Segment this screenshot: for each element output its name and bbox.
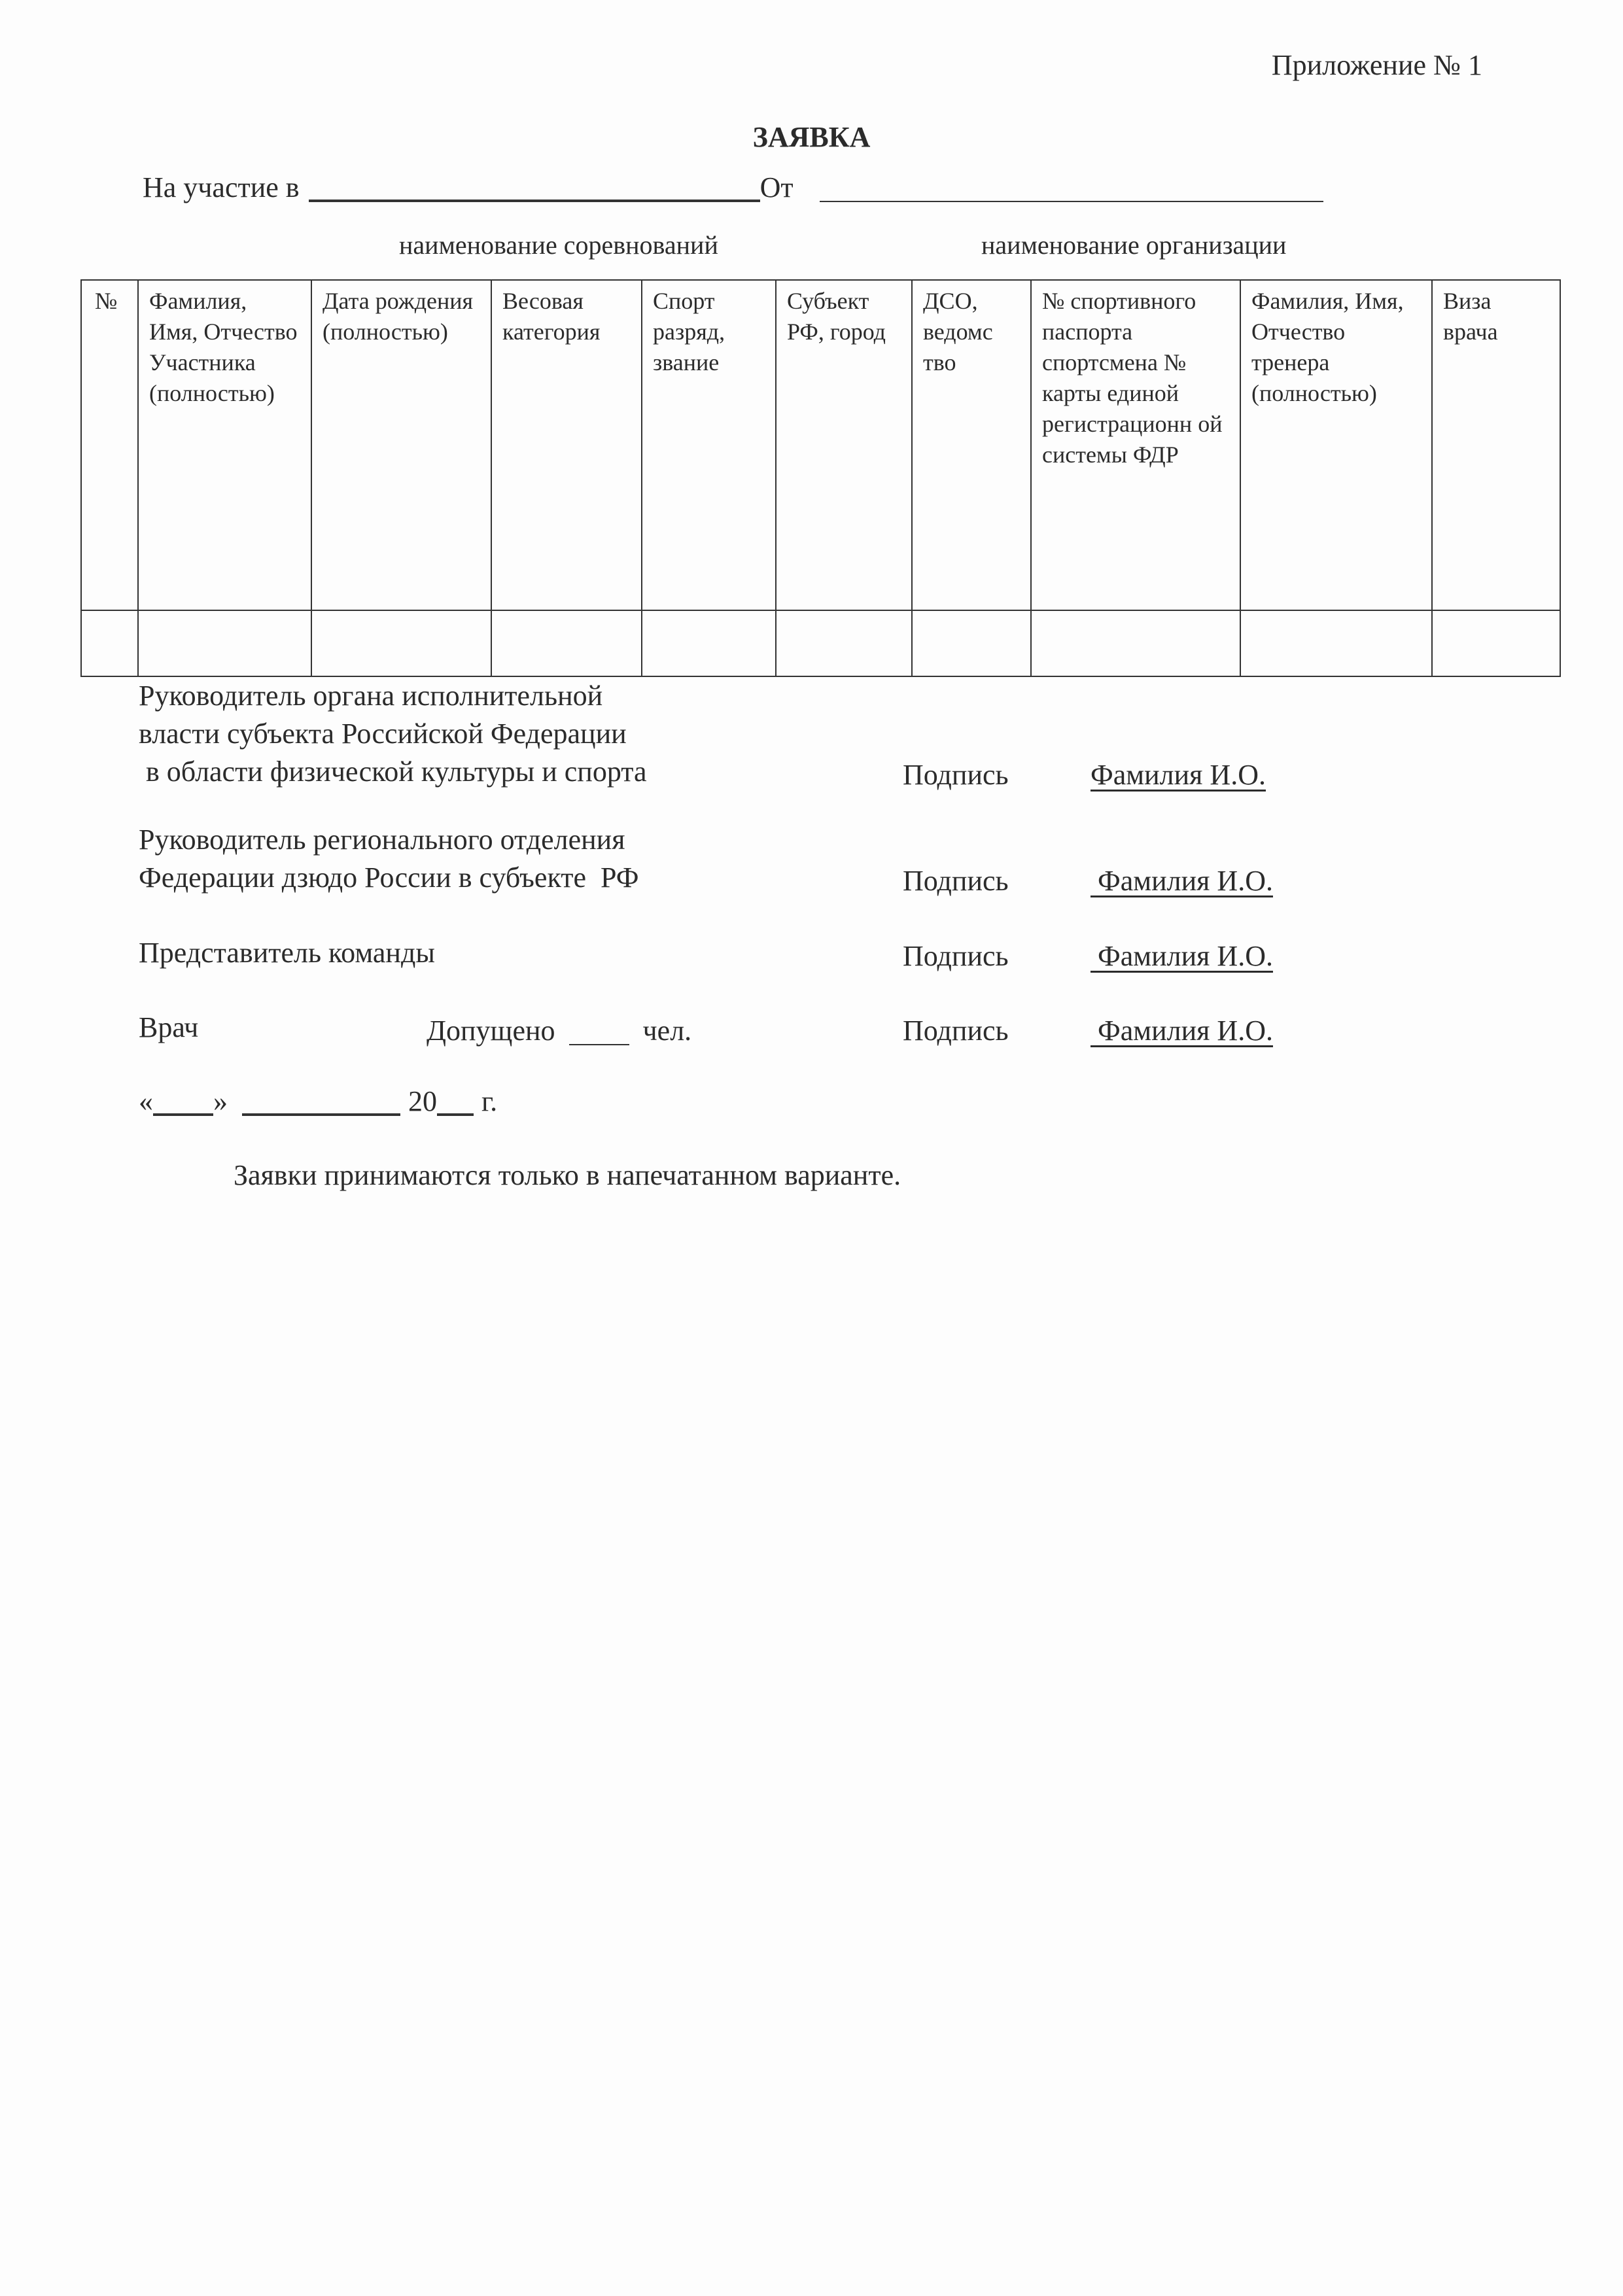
signature-label: Подпись [903, 867, 1009, 896]
col-passport-number: № спортивного паспорта спортсмена № карт… [1031, 280, 1240, 610]
year-suffix-field[interactable] [437, 1090, 474, 1116]
cell-region-city[interactable] [776, 610, 912, 676]
signature-role: Врач [139, 1009, 198, 1047]
admitted-count-field[interactable] [569, 1022, 629, 1045]
close-quote: » [213, 1087, 228, 1116]
signature-role: Представитель команды [139, 934, 435, 972]
name-placeholder-field[interactable]: Фамилия И.О. [1091, 942, 1273, 971]
table-header-row: № Фамилия, Имя, Отчество Участника (полн… [81, 280, 1560, 610]
signature-label: Подпись [903, 942, 1009, 971]
organization-name-field[interactable] [820, 176, 1323, 202]
organization-caption: наименование организации [981, 232, 1286, 258]
entry-table: № Фамилия, Имя, Отчество Участника (полн… [80, 279, 1561, 677]
name-placeholder-field[interactable]: Фамилия И.О. [1091, 761, 1266, 790]
name-placeholder-field[interactable]: Фамилия И.О. [1091, 867, 1273, 896]
cell-doctor-visa[interactable] [1432, 610, 1560, 676]
participation-label: На участие в [143, 173, 300, 202]
month-field[interactable] [242, 1090, 400, 1116]
competition-caption: наименование соревнований [399, 232, 718, 258]
day-field[interactable] [153, 1090, 213, 1116]
admitted-count-group: Допущено чел. [427, 1017, 691, 1045]
competition-name-field[interactable] [309, 175, 760, 202]
table-row [81, 610, 1560, 676]
signature-label: Подпись [903, 761, 1009, 790]
cell-participant-name[interactable] [138, 610, 311, 676]
col-dso-department: ДСО, ведомс тво [912, 280, 1031, 610]
cell-birth-date[interactable] [311, 610, 491, 676]
signature-role: Руководитель органа исполнительной власт… [139, 677, 647, 791]
admitted-unit: чел. [643, 1015, 692, 1047]
year-prefix: 20 [408, 1087, 437, 1116]
cell-coach-name[interactable] [1240, 610, 1432, 676]
year-unit: г. [481, 1087, 497, 1116]
col-coach-name: Фамилия, Имя, Отчество тренера (полность… [1240, 280, 1432, 610]
document-title: ЗАЯВКА [0, 123, 1623, 152]
date-line: « » 20 г. [139, 1087, 497, 1116]
col-participant-name: Фамилия, Имя, Отчество Участника (полнос… [138, 280, 311, 610]
signature-role: Руководитель регионального отделения Фед… [139, 821, 639, 897]
col-doctor-visa: Виза врача [1432, 280, 1560, 610]
name-placeholder-field[interactable]: Фамилия И.О. [1091, 1017, 1273, 1045]
from-label: От [760, 173, 794, 202]
admitted-label: Допущено [427, 1015, 555, 1047]
col-weight-category: Весовая категория [491, 280, 642, 610]
col-birth-date: Дата рождения (полностью) [311, 280, 491, 610]
cell-passport-number[interactable] [1031, 610, 1240, 676]
participation-line: На участие в От [143, 173, 1323, 202]
signature-label: Подпись [903, 1017, 1009, 1045]
cell-weight-category[interactable] [491, 610, 642, 676]
col-region-city: Субъект РФ, город [776, 280, 912, 610]
open-quote: « [139, 1087, 153, 1116]
appendix-label: Приложение № 1 [1272, 51, 1482, 80]
col-sport-rank: Спорт разряд, звание [642, 280, 776, 610]
cell-sport-rank[interactable] [642, 610, 776, 676]
cell-number[interactable] [81, 610, 138, 676]
cell-dso-department[interactable] [912, 610, 1031, 676]
submission-note: Заявки принимаются только в напечатанном… [234, 1161, 901, 1190]
col-number: № [81, 280, 138, 610]
